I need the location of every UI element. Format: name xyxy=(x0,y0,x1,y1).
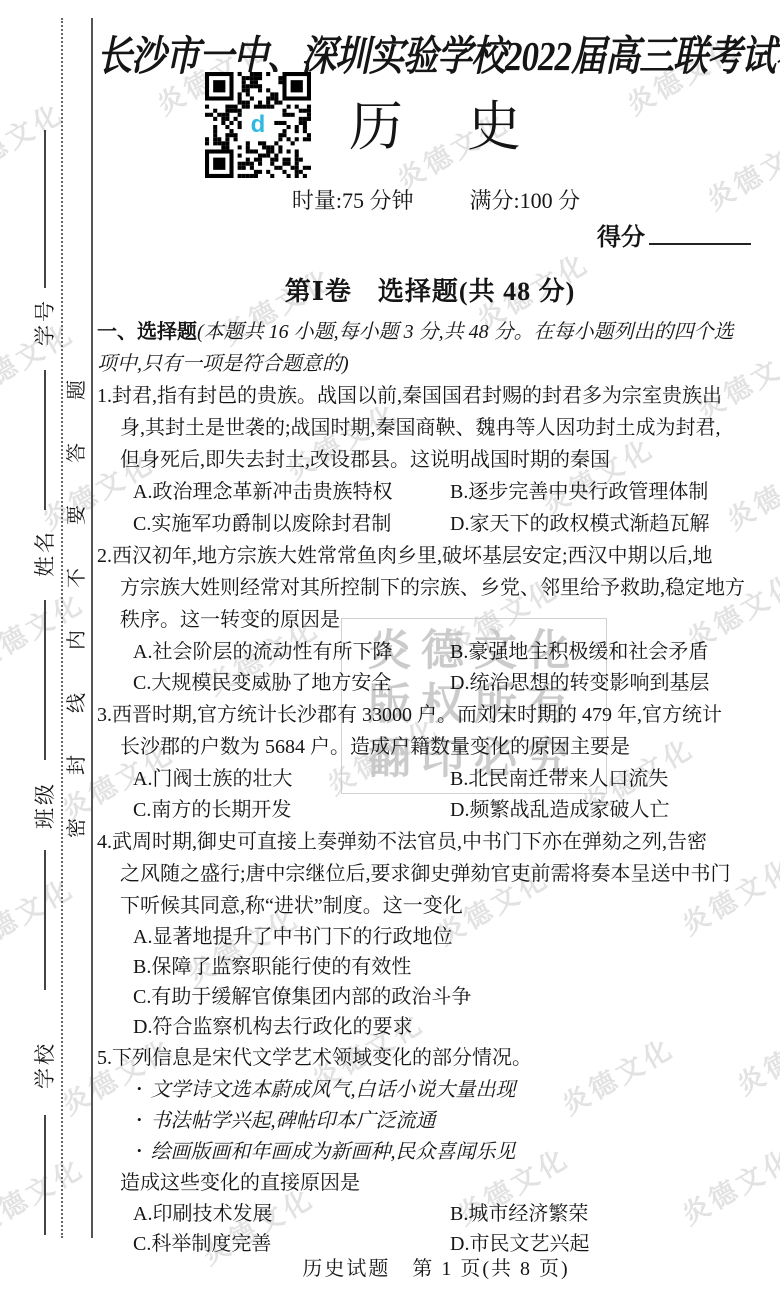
bullet-icon: • xyxy=(137,1136,142,1166)
bullet-text: 文学诗文选本蔚成风气,白话小说大量出现 xyxy=(151,1079,516,1101)
seal-char: 线 xyxy=(65,691,89,715)
score-field: 得分 xyxy=(597,217,751,252)
option-row: A.门阀士族的壮大B.北民南迁带来人口流失 xyxy=(97,763,763,795)
bullet-icon: • xyxy=(137,1105,142,1135)
sidebar-field-name: 姓名 xyxy=(31,510,59,596)
question-1: 1.封君,指有封邑的贵族。战国以前,秦国国君封赐的封君多为宗室贵族出 身,其封土… xyxy=(97,380,763,540)
duration-label: 时量:75 分钟 xyxy=(292,188,414,213)
bullet-item: •绘画版画和年画成为新画种,民众喜闻乐见 xyxy=(97,1136,763,1167)
question-5: 5.下列信息是宋代文学艺术领域变化的部分情况。 •文学诗文选本蔚成风气,白话小说… xyxy=(97,1042,763,1259)
instructions-line-2: 项中,只有一项是符合题意的) xyxy=(97,348,763,380)
exam-content: 第Ⅰ卷选择题(共 48 分) 一、选择题(本题共 16 小题,每小题 3 分,共… xyxy=(97,274,763,1259)
option-a: A.显著地提升了中书门下的行政地位 xyxy=(97,922,763,952)
question-2: 2.西汉初年,地方宗族大姓常常鱼肉乡里,破坏基层安定;西汉中期以后,地 方宗族大… xyxy=(97,540,763,699)
instructions-text: (本题共 16 小题,每小题 3 分,共 48 分。在每小题列出的四个选 xyxy=(197,321,734,343)
option-row: A.社会阶层的流动性有所下降B.豪强地主积极缓和社会矛盾 xyxy=(97,636,763,668)
option-c: C.大规模民变威胁了地方安全 xyxy=(133,668,450,699)
option-d: D.频繁战乱造成家破人亡 xyxy=(450,795,669,826)
question-line: 秩序。这一转变的原因是 xyxy=(97,604,763,636)
question-line: 之风随之盛行;唐中宗继位后,要求御史弹劾官吏前需将奏本呈送中书门 xyxy=(97,858,763,890)
option-b: B.豪强地主积极缓和社会矛盾 xyxy=(450,636,708,668)
section-title-part: 选择题(共 48 分) xyxy=(378,277,575,306)
seal-char: 题 xyxy=(65,378,89,402)
option-a: A.政治理念革新冲击贵族特权 xyxy=(133,476,450,508)
instructions-line-1: 一、选择题(本题共 16 小题,每小题 3 分,共 48 分。在每小题列出的四个… xyxy=(97,316,763,348)
footer-text: 历史试题 第 1 页(共 8 页) xyxy=(302,1258,569,1280)
exam-title: 长沙市一中、深圳实验学校2022届高三联考试卷 xyxy=(97,24,780,83)
question-line: 长沙郡的户数为 5684 户。造成户籍数量变化的原因主要是 xyxy=(97,731,763,763)
bullet-icon: • xyxy=(137,1074,142,1104)
seal-char: 内 xyxy=(65,628,89,652)
name-blank-line xyxy=(44,370,46,510)
question-3: 3.西晋时期,官方统计长沙郡有 33000 户。而刘宋时期的 479 年,官方统… xyxy=(97,699,763,826)
school-blank-line xyxy=(44,850,46,990)
option-b: B.逐步完善中央行政管理体制 xyxy=(450,476,708,508)
watermark-text: 炎德文化 xyxy=(0,867,80,963)
seal-char: 要 xyxy=(65,503,89,527)
seal-char: 封 xyxy=(65,753,89,777)
exam-meta: 时量:75 分钟满分:100 分 xyxy=(92,184,780,215)
option-row: C.大规模民变威胁了地方安全D.统治思想的转变影响到基层 xyxy=(97,668,763,699)
section-title: 第Ⅰ卷选择题(共 48 分) xyxy=(97,274,763,310)
option-a: A.门阀士族的壮大 xyxy=(133,763,450,795)
question-line: 5.下列信息是宋代文学艺术领域变化的部分情况。 xyxy=(97,1042,763,1074)
question-4: 4.武周时期,御史可直接上奏弹劾不法官员,中书门下亦在弹劾之列,告密 之风随之盛… xyxy=(97,826,763,1042)
option-a: A.印刷技术发展 xyxy=(133,1199,450,1229)
question-line: 1.封君,指有封邑的贵族。战国以前,秦国国君封赐的封君多为宗室贵族出 xyxy=(97,380,763,412)
bullet-text: 绘画版画和年画成为新画种,民众喜闻乐见 xyxy=(151,1141,516,1163)
question-line: 身,其封土是世袭的;战国时期,秦国商鞅、魏冉等人因功封土成为封君, xyxy=(97,412,763,444)
subject-title: 历史 xyxy=(92,84,780,161)
option-c: C.有助于缓解官僚集团内部的政治斗争 xyxy=(97,982,763,1012)
question-line: 4.武周时期,御史可直接上奏弹劾不法官员,中书门下亦在弹劾之列,告密 xyxy=(97,826,763,858)
bullet-item: •书法帖学兴起,碑帖印本广泛流通 xyxy=(97,1105,763,1136)
section-title-part: 第Ⅰ卷 xyxy=(285,277,352,306)
bullet-text: 书法帖学兴起,碑帖印本广泛流通 xyxy=(151,1110,436,1132)
score-blank-line xyxy=(649,219,751,245)
full-score-label: 满分:100 分 xyxy=(470,188,581,213)
question-line: 造成这些变化的直接原因是 xyxy=(97,1167,763,1199)
exam-paper-page: 炎德文化炎德文化炎德文化炎德文化炎德文化炎德文化炎德文化炎德文化炎德文化炎德文化… xyxy=(0,0,780,1297)
option-row: C.实施军功爵制以废除封君制D.家天下的政权模式渐趋瓦解 xyxy=(97,508,763,540)
question-line: 方宗族大姓则经常对其所控制下的宗族、乡党、邻里给予救助,稳定地方 xyxy=(97,572,763,604)
option-row: C.南方的长期开发D.频繁战乱造成家破人亡 xyxy=(97,795,763,826)
option-row: A.印刷技术发展B.城市经济繁荣 xyxy=(97,1199,763,1229)
question-line: 2.西汉初年,地方宗族大姓常常鱼肉乡里,破坏基层安定;西汉中期以后,地 xyxy=(97,540,763,572)
trailing-blank-line xyxy=(44,1115,46,1235)
question-line: 下听候其同意,称“进状”制度。这一变化 xyxy=(97,890,763,922)
instructions-heading: 一、选择题 xyxy=(97,321,197,343)
option-a: A.社会阶层的流动性有所下降 xyxy=(133,636,450,668)
subject-char: 史 xyxy=(467,97,523,157)
bullet-item: •文学诗文选本蔚成风气,白话小说大量出现 xyxy=(97,1074,763,1105)
seal-char: 不 xyxy=(65,566,89,590)
option-b: B.保障了监察职能行使的有效性 xyxy=(97,952,763,982)
sidebar-field-student-id: 学号 xyxy=(31,279,59,365)
option-c: C.实施军功爵制以废除封君制 xyxy=(133,508,450,540)
option-b: B.北民南迁带来人口流失 xyxy=(450,763,668,795)
option-d: D.家天下的政权模式渐趋瓦解 xyxy=(450,508,709,540)
student-id-blank-line xyxy=(44,130,46,288)
seal-char: 密 xyxy=(65,816,89,840)
sidebar-field-class: 班级 xyxy=(31,762,59,848)
sidebar-field-school: 学校 xyxy=(31,1022,59,1108)
seal-char: 答 xyxy=(65,441,89,465)
option-c: C.南方的长期开发 xyxy=(133,795,450,826)
option-b: B.城市经济繁荣 xyxy=(450,1199,588,1229)
score-label: 得分 xyxy=(597,224,645,251)
seal-line-text: 题 答 要 不 内 线 封 密 xyxy=(61,378,92,840)
class-blank-line xyxy=(44,600,46,760)
page-footer: 历史试题 第 1 页(共 8 页) xyxy=(92,1252,780,1281)
option-d: D.统治思想的转变影响到基层 xyxy=(450,668,709,699)
option-d: D.符合监察机构去行政化的要求 xyxy=(97,1012,763,1042)
question-line: 但身死后,即失去封土,改设郡县。这说明战国时期的秦国 xyxy=(97,444,763,476)
question-line: 3.西晋时期,官方统计长沙郡有 33000 户。而刘宋时期的 479 年,官方统… xyxy=(97,699,763,731)
watermark-text: 炎德文化 xyxy=(0,92,70,188)
subject-char: 历 xyxy=(349,97,405,157)
option-row: A.政治理念革新冲击贵族特权B.逐步完善中央行政管理体制 xyxy=(97,476,763,508)
